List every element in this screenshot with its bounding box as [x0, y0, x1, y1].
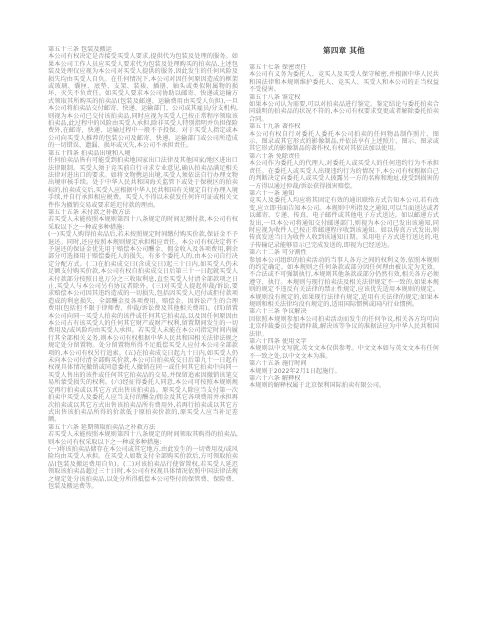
article-66: 第六十六条 解释权 本规则的解释权属于北京保利国际拍卖有限公司。 — [249, 375, 439, 390]
article-54-title: 第五十四条 拍卖品出境和入境 — [48, 150, 238, 157]
article-59-title: 第五十九条 著作权 — [249, 123, 439, 130]
article-55: 第五十五条 未付款之补救方法 若买受人未能按照本规则第四十八条规定的时间足额付款… — [48, 209, 238, 424]
article-53-paragraph-1: 本公司有权决定是否接受买受人要求,提供代为包装及处理的服务。如果本公司工作人员应… — [48, 53, 238, 149]
article-63-paragraph-1: 因依照本规则参加本公司拍卖活动而发生的任何争议,相关各方均可向北京仲裁委员会提请… — [249, 316, 439, 338]
article-58-title: 第五十八条 鉴定权 — [249, 94, 439, 101]
document-page: 第五十三条 包装及搬运 本公司有权决定是否接受买受人要求,提供代为包装及处理的服… — [0, 0, 480, 617]
article-65-paragraph-1: 本规则于2022年2月1日起施行。 — [249, 368, 439, 375]
article-55-paragraph-2: (一)买受人购得拍卖品后,若未按照规定时间缴付购买价款,保证金不予退还。同时,还… — [48, 231, 238, 424]
article-60-paragraph-1: 本公司作为委托人的代理人,对委托人或买受人的任何违约行为不承担责任。在委托人或买… — [249, 160, 439, 190]
article-64: 第六十四条 使用文字 本规则以中文写就,英文文本仅供参考。中文文本如与英文文本有… — [249, 338, 439, 360]
article-62: 第六十二条 可分割性 参加本公司组织的拍卖活动的当事人各方之间的权利义务,依照本… — [249, 249, 439, 308]
article-63-title: 第六十三条 争议解决 — [249, 308, 439, 315]
article-65-title: 第六十五条 施行时间 — [249, 360, 439, 367]
article-54: 第五十四条 拍卖品出境和入境 任何拍卖品皆有可能受到拍卖地国家出口法律及其他国家… — [48, 150, 238, 209]
article-57: 第五十七条 保密责任 本公司有义务为委托人、竞买人及买受人保守秘密,并根据中华人… — [249, 64, 439, 94]
article-64-paragraph-1: 本规则以中文写就,英文文本仅供参考。中文文本如与英文文本有任何不一致之处,以中文… — [249, 345, 439, 360]
article-66-paragraph-1: 本规则的解释权属于北京保利国际拍卖有限公司。 — [249, 382, 439, 389]
article-54-paragraph-1: 任何拍卖品皆有可能受到拍卖地国家出口法律及其他国家/地区进出口法律限制。买受人须… — [48, 157, 238, 209]
chapter-heading: 第四章 其他 — [249, 46, 439, 55]
article-61: 第六十一条 通知 竞买人及委托人均应将其固定有效的通讯联络方式告知本公司,若有改… — [249, 190, 439, 249]
article-62-paragraph-1: 参加本公司组织的拍卖活动的当事人各方之间的权利义务,依照本规则的约定确定。如本规… — [249, 257, 439, 309]
article-56: 第五十六条 延期领取拍卖品之补救方法 若买受人未能按照本规则第四十八条规定的时间… — [48, 424, 238, 491]
article-59-paragraph-1: 本公司有权自行对委托人委托本公司拍卖的任何物品制作照片、图示、图录或其它形式的影… — [249, 131, 439, 153]
article-63: 第六十三条 争议解决 因依照本规则参加本公司拍卖活动而发生的任何争议,相关各方均… — [249, 308, 439, 338]
right-column: 第四章 其他 第五十七条 保密责任 本公司有义务为委托人、竞买人及买受人保守秘密… — [249, 46, 439, 490]
article-57-paragraph-1: 本公司有义务为委托人、竞买人及买受人保守秘密,并根据中华人民共和国法律和本规则维… — [249, 71, 439, 93]
article-56-title: 第五十六条 延期领取拍卖品之补救方法 — [48, 424, 238, 431]
article-60: 第六十条 免除责任 本公司作为委托人的代理人,对委托人或买受人的任何违约行为不承… — [249, 153, 439, 190]
document-columns: 第五十三条 包装及搬运 本公司有权决定是否接受买受人要求,提供代为包装及处理的服… — [48, 46, 439, 490]
article-58-paragraph-1: 如果本公司认为需要,可以对拍卖品进行鉴定。鉴定结论与委托拍卖合同载明的拍卖品的状… — [249, 101, 439, 123]
article-59: 第五十九条 著作权 本公司有权自行对委托人委托本公司拍卖的任何物品制作照片、图示… — [249, 123, 439, 153]
article-61-paragraph-1: 竞买人及委托人均应将其固定有效的通讯联络方式告知本公司,若有改变,应立即书面告知… — [249, 197, 439, 249]
article-58: 第五十八条 鉴定权 如果本公司认为需要,可以对拍卖品进行鉴定。鉴定结论与委托拍卖… — [249, 94, 439, 124]
article-65: 第六十五条 施行时间 本规则于2022年2月1日起施行。 — [249, 360, 439, 375]
article-56-paragraph-1: 若买受人未能按照本规则第四十八条规定的时间领取其购得的拍卖品,则本公司有权采取以… — [48, 431, 238, 446]
article-62-title: 第六十二条 可分割性 — [249, 249, 439, 256]
article-55-paragraph-1: 若买受人未能按照本规则第四十八条规定的时间足额付款,本公司有权采取以下之一种或多… — [48, 216, 238, 231]
left-column: 第五十三条 包装及搬运 本公司有权决定是否接受买受人要求,提供代为包装及处理的服… — [48, 46, 238, 490]
article-53: 第五十三条 包装及搬运 本公司有权决定是否接受买受人要求,提供代为包装及处理的服… — [48, 46, 238, 150]
article-56-paragraph-2: (一)将该拍卖品储存在本公司或其它地方,由此发生的一切费用及/或风险均由买受人承… — [48, 446, 238, 490]
